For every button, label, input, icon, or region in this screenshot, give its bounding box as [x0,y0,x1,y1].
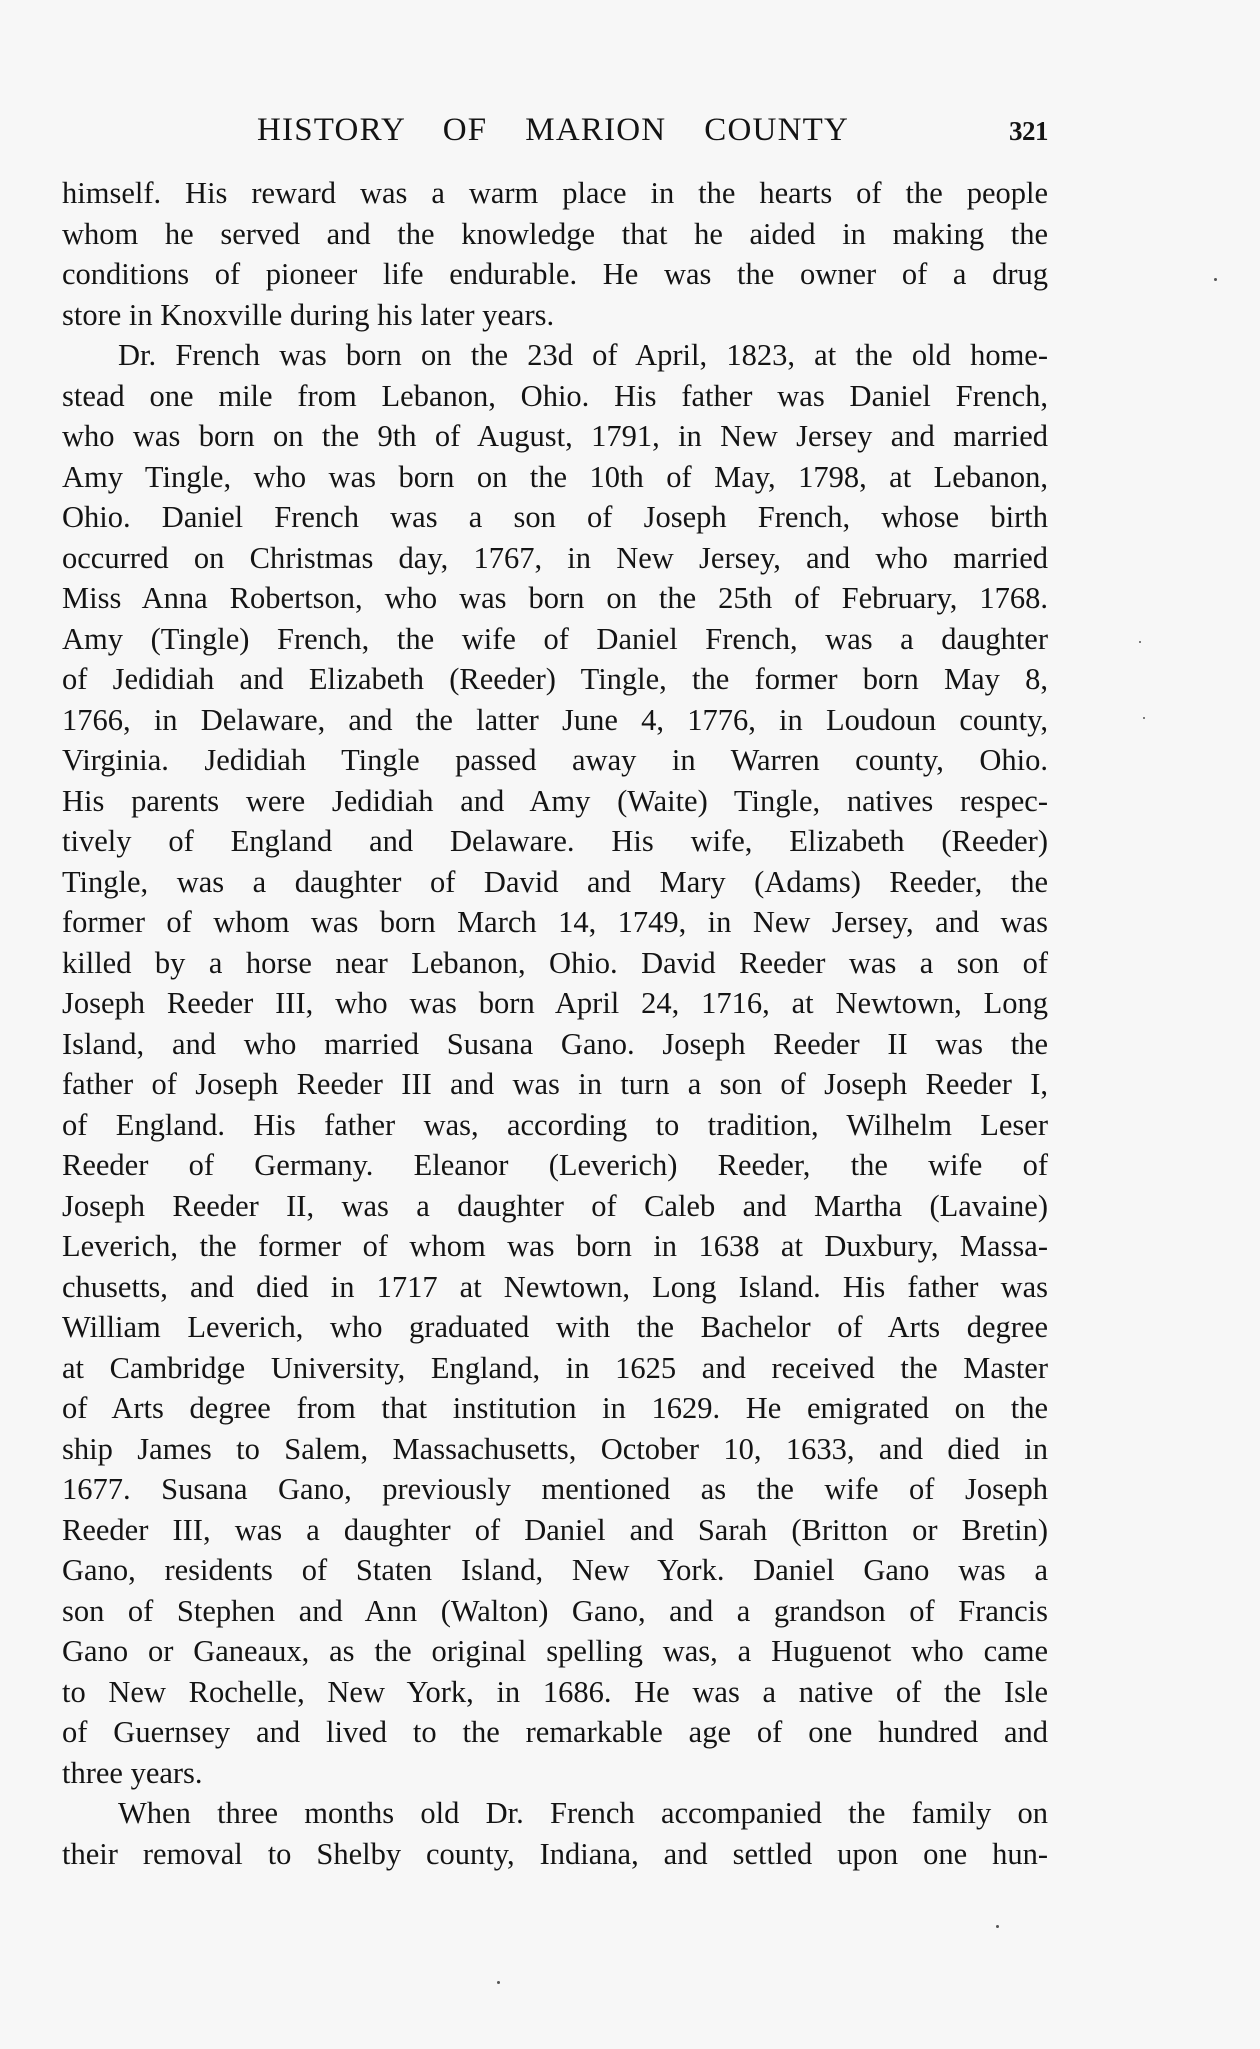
text-line: himself. His reward was a warm place in … [62,173,1048,214]
text-line: Joseph Reeder III, who was born April 24… [62,983,1048,1024]
text-line: 1766, in Delaware, and the latter June 4… [62,700,1048,741]
text-line: tively of England and Delaware. His wife… [62,821,1048,862]
text-line: His parents were Jedidiah and Amy (Waite… [62,781,1048,822]
text-line: three years. [62,1753,1048,1794]
text-line: Amy (Tingle) French, the wife of Daniel … [62,619,1048,660]
text-line: Dr. French was born on the 23d of April,… [62,335,1048,376]
text-line: conditions of pioneer life endurable. He… [62,254,1048,295]
text-line: Reeder III, was a daughter of Daniel and… [62,1510,1048,1551]
text-line: former of whom was born March 14, 1749, … [62,902,1048,943]
text-line: ship James to Salem, Massachusetts, Octo… [62,1429,1048,1470]
text-line: whom he served and the knowledge that he… [62,214,1048,255]
text-line: Leverich, the former of whom was born in… [62,1226,1048,1267]
text-line: chusetts, and died in 1717 at Newtown, L… [62,1267,1048,1308]
text-line: 1677. Susana Gano, previously mentioned … [62,1469,1048,1510]
scan-speck [497,1981,500,1984]
running-title: HISTORY OF MARION COUNTY [257,110,849,150]
text-line: Gano, residents of Staten Island, New Yo… [62,1550,1048,1591]
text-line: Ohio. Daniel French was a son of Joseph … [62,497,1048,538]
text-line: stead one mile from Lebanon, Ohio. His f… [62,376,1048,417]
scan-speck [1143,717,1145,719]
text-line: When three months old Dr. French accompa… [62,1793,1048,1834]
text-line: store in Knoxville during his later year… [62,295,1048,336]
text-line: killed by a horse near Lebanon, Ohio. Da… [62,943,1048,984]
text-line: Amy Tingle, who was born on the 10th of … [62,457,1048,498]
text-line: to New Rochelle, New York, in 1686. He w… [62,1672,1048,1713]
text-line: occurred on Christmas day, 1767, in New … [62,538,1048,579]
text-line: Island, and who married Susana Gano. Jos… [62,1024,1048,1065]
text-line: father of Joseph Reeder III and was in t… [62,1064,1048,1105]
text-line: at Cambridge University, England, in 162… [62,1348,1048,1389]
text-line: Joseph Reeder II, was a daughter of Cale… [62,1186,1048,1227]
text-line: of Arts degree from that institution in … [62,1388,1048,1429]
book-page: HISTORY OF MARION COUNTY 321 himself. Hi… [0,0,1260,2049]
text-line: son of Stephen and Ann (Walton) Gano, an… [62,1591,1048,1632]
body-text: himself. His reward was a warm place in … [62,173,1048,1874]
text-line: who was born on the 9th of August, 1791,… [62,416,1048,457]
text-line: of England. His father was, according to… [62,1105,1048,1146]
scan-speck [996,1925,999,1928]
text-line: of Jedidiah and Elizabeth (Reeder) Tingl… [62,659,1048,700]
scan-speck [1214,278,1217,281]
text-line: Gano or Ganeaux, as the original spellin… [62,1631,1048,1672]
text-line: Virginia. Jedidiah Tingle passed away in… [62,740,1048,781]
text-line: Miss Anna Robertson, who was born on the… [62,578,1048,619]
text-line: of Guernsey and lived to the remarkable … [62,1712,1048,1753]
text-line: Tingle, was a daughter of David and Mary… [62,862,1048,903]
text-line: Reeder of Germany. Eleanor (Leverich) Re… [62,1145,1048,1186]
scan-speck [1139,641,1141,643]
text-line: William Leverich, who graduated with the… [62,1307,1048,1348]
text-line: their removal to Shelby county, Indiana,… [62,1834,1048,1875]
page-number: 321 [1004,113,1048,149]
